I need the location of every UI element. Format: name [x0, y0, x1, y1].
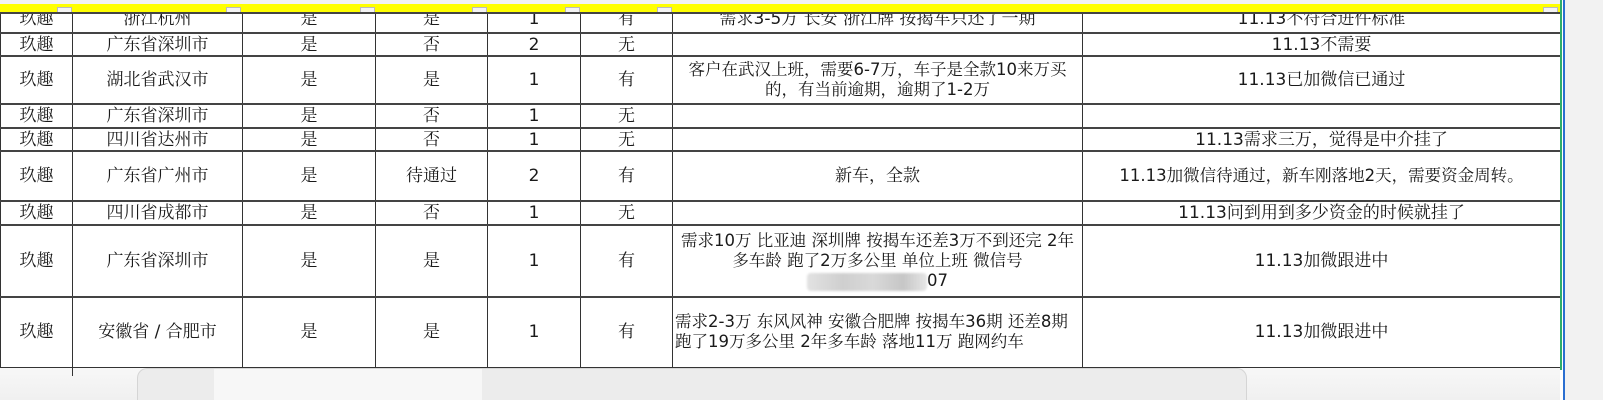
cell-col3[interactable]: 是: [243, 201, 376, 225]
cell-channel[interactable]: 玖趣: [1, 225, 73, 297]
cell-col4[interactable]: 是: [376, 56, 488, 104]
cell-followup[interactable]: 11.13不符合进件标准: [1083, 13, 1561, 33]
cell-count[interactable]: 1: [488, 297, 581, 367]
cell-flag[interactable]: 有: [581, 297, 673, 367]
cell-note[interactable]: [673, 201, 1083, 225]
cell-flag[interactable]: 有: [581, 13, 673, 33]
side-panel: [1563, 0, 1603, 400]
spreadsheet-grid: 玖趣 浙江杭州 是 是 1 有 需求3-5万 长安 浙江牌 按揭车只还了一期 1…: [0, 12, 1561, 368]
cell-region[interactable]: 广东省广州市: [73, 151, 243, 201]
table-row: 玖趣 广东省深圳市 是 否 1 无: [1, 104, 1561, 128]
cell-followup[interactable]: 11.13加微信待通过，新车刚落地2天，需要资金周转。: [1083, 151, 1561, 201]
cell-count[interactable]: 1: [488, 104, 581, 128]
table-row: 玖趣 广东省深圳市 是 否 2 无 11.13不需要: [1, 33, 1561, 56]
floating-toolbar-tab[interactable]: [214, 369, 482, 400]
cell-col3[interactable]: 是: [243, 297, 376, 367]
cell-region[interactable]: 广东省深圳市: [73, 33, 243, 56]
note-text-suffix: 07: [927, 271, 948, 290]
cell-col3[interactable]: 是: [243, 151, 376, 201]
cell-region[interactable]: 四川省达州市: [73, 128, 243, 151]
cell-col3[interactable]: 是: [243, 225, 376, 297]
cell-followup[interactable]: 11.13加微跟进中: [1083, 225, 1561, 297]
cell-channel[interactable]: 玖趣: [1, 297, 73, 367]
cell-flag[interactable]: 无: [581, 128, 673, 151]
cell-region[interactable]: 广东省深圳市: [73, 225, 243, 297]
table-row: 玖趣 湖北省武汉市 是 是 1 有 客户在武汉上班，需要6-7万，车子是全款10…: [1, 56, 1561, 104]
table-row: 玖趣 广东省广州市 是 待通过 2 有 新车，全款 11.13加微信待通过，新车…: [1, 151, 1561, 201]
cell-region[interactable]: 浙江杭州: [73, 13, 243, 33]
cell-col4[interactable]: 待通过: [376, 151, 488, 201]
table-row: 玖趣 浙江杭州 是 是 1 有 需求3-5万 长安 浙江牌 按揭车只还了一期 1…: [1, 13, 1561, 33]
cell-col4[interactable]: 否: [376, 201, 488, 225]
cell-followup[interactable]: [1083, 104, 1561, 128]
cell-col4[interactable]: 否: [376, 104, 488, 128]
cell-col3[interactable]: 是: [243, 56, 376, 104]
table-row: 玖趣 四川省达州市 是 否 1 无 11.13需求三万，觉得是中介挂了: [1, 128, 1561, 151]
cell-count[interactable]: 2: [488, 151, 581, 201]
cell-followup[interactable]: 11.13加微跟进中: [1083, 297, 1561, 367]
cell-count[interactable]: 1: [488, 13, 581, 33]
floating-toolbar[interactable]: [137, 368, 1247, 400]
cell-channel[interactable]: 玖趣: [1, 201, 73, 225]
cell-count[interactable]: 1: [488, 56, 581, 104]
cell-region[interactable]: 安徽省 / 合肥市: [73, 297, 243, 367]
cell-followup[interactable]: 11.13问到用到多少资金的时候就挂了: [1083, 201, 1561, 225]
cell-note[interactable]: [673, 104, 1083, 128]
cell-col4[interactable]: 是: [376, 225, 488, 297]
cell-flag[interactable]: 有: [581, 56, 673, 104]
cell-note[interactable]: 客户在武汉上班，需要6-7万，车子是全款10来万买的，有当前逾期，逾期了1-2万: [673, 56, 1083, 104]
cell-followup[interactable]: 11.13已加微信已通过: [1083, 56, 1561, 104]
table-row: 玖趣 广东省深圳市 是 是 1 有 需求10万 比亚迪 深圳牌 按揭车还差3万不…: [1, 225, 1561, 297]
cell-count[interactable]: 2: [488, 33, 581, 56]
cell-channel[interactable]: 玖趣: [1, 13, 73, 33]
cell-count[interactable]: 1: [488, 201, 581, 225]
cell-flag[interactable]: 无: [581, 201, 673, 225]
cell-count[interactable]: 1: [488, 128, 581, 151]
cell-flag[interactable]: 无: [581, 33, 673, 56]
cell-count[interactable]: 1: [488, 225, 581, 297]
cell-col4[interactable]: 否: [376, 128, 488, 151]
cell-channel[interactable]: 玖趣: [1, 56, 73, 104]
cell-note[interactable]: [673, 128, 1083, 151]
cell-flag[interactable]: 无: [581, 104, 673, 128]
cell-col3[interactable]: 是: [243, 128, 376, 151]
cell-col4[interactable]: 是: [376, 297, 488, 367]
cell-note[interactable]: [673, 33, 1083, 56]
cell-channel[interactable]: 玖趣: [1, 151, 73, 201]
note-text: 需求10万 比亚迪 深圳牌 按揭车还差3万不到还完 2年多车龄 跑了2万多公里 …: [681, 231, 1074, 270]
cell-flag[interactable]: 有: [581, 225, 673, 297]
cell-col4[interactable]: 是: [376, 13, 488, 33]
cell-note[interactable]: 需求2-3万 东风风神 安徽合肥牌 按揭车36期 还差8期 跑了19万多公里 2…: [673, 297, 1083, 367]
cell-followup[interactable]: 11.13需求三万，觉得是中介挂了: [1083, 128, 1561, 151]
cell-note[interactable]: 需求3-5万 长安 浙江牌 按揭车只还了一期: [673, 13, 1083, 33]
cell-col3[interactable]: 是: [243, 13, 376, 33]
cell-region[interactable]: 广东省深圳市: [73, 104, 243, 128]
cell-followup[interactable]: 11.13不需要: [1083, 33, 1561, 56]
cell-channel[interactable]: 玖趣: [1, 104, 73, 128]
selection-border: [1560, 0, 1562, 370]
table-row: 玖趣 安徽省 / 合肥市 是 是 1 有 需求2-3万 东风风神 安徽合肥牌 按…: [1, 297, 1561, 367]
redacted-wechat-id: [807, 273, 927, 291]
gridline: [72, 366, 73, 376]
cell-note[interactable]: 新车，全款: [673, 151, 1083, 201]
cell-flag[interactable]: 有: [581, 151, 673, 201]
cell-region[interactable]: 湖北省武汉市: [73, 56, 243, 104]
cell-col3[interactable]: 是: [243, 33, 376, 56]
cell-region[interactable]: 四川省成都市: [73, 201, 243, 225]
cell-note[interactable]: 需求10万 比亚迪 深圳牌 按揭车还差3万不到还完 2年多车龄 跑了2万多公里 …: [673, 225, 1083, 297]
cell-channel[interactable]: 玖趣: [1, 33, 73, 56]
table-row: 玖趣 四川省成都市 是 否 1 无 11.13问到用到多少资金的时候就挂了: [1, 201, 1561, 225]
cell-col3[interactable]: 是: [243, 104, 376, 128]
cell-col4[interactable]: 否: [376, 33, 488, 56]
cell-channel[interactable]: 玖趣: [1, 128, 73, 151]
